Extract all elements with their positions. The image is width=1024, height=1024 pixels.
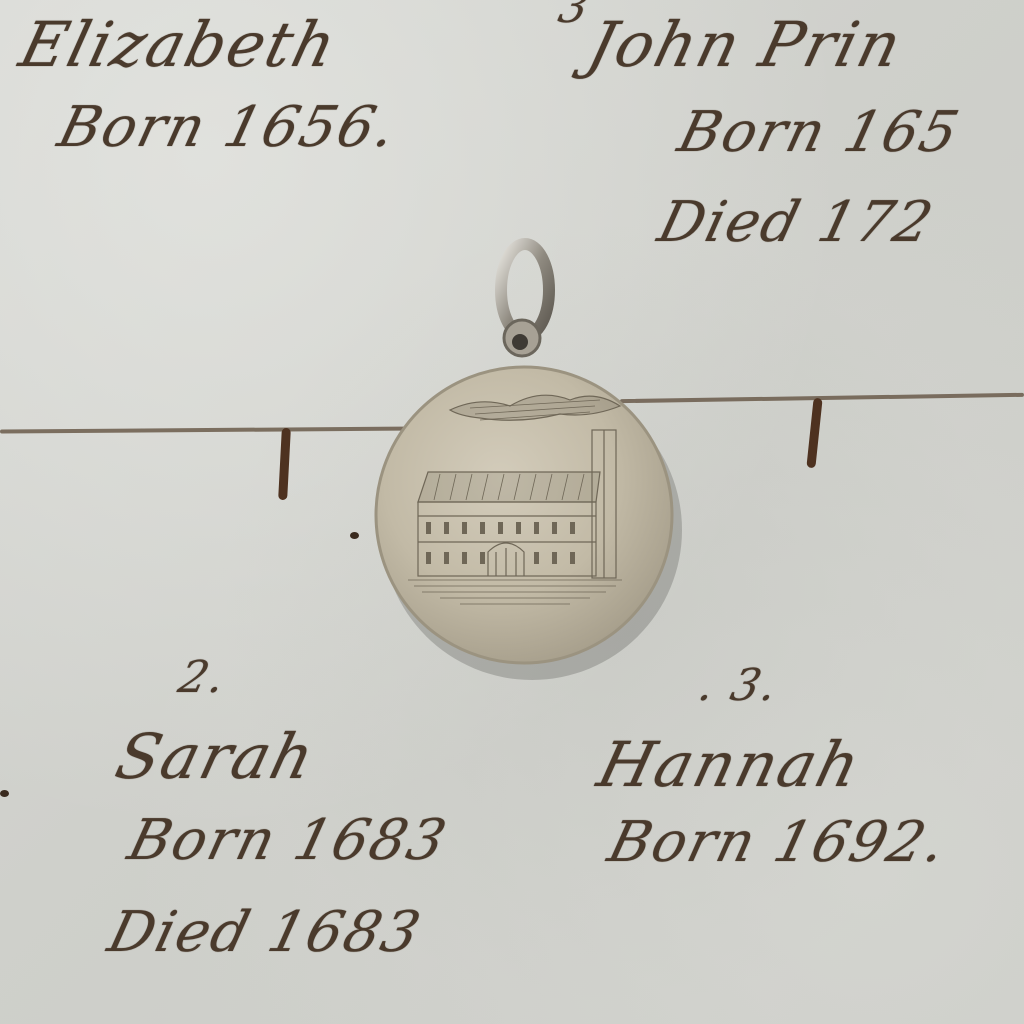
entry-born-elizabeth: Born 1656.: [52, 95, 404, 160]
entry-name-elizabeth: Elizabeth: [13, 8, 345, 81]
silver-pendant: [360, 230, 690, 680]
entry-name-hannah: Hannah: [591, 728, 869, 801]
entry-died-john: Died 172: [652, 190, 941, 255]
ink-dot-edge: [0, 790, 9, 797]
entry-name-sarah: Sarah: [109, 720, 323, 793]
entry-born-sarah: Born 1683: [122, 808, 454, 873]
entry-born-hannah: Born 1692.: [602, 810, 954, 875]
ink-dot: [350, 532, 359, 539]
entry-died-sarah: Died 1683: [102, 900, 428, 965]
entry-name-john: John Prin: [581, 8, 910, 81]
entry-born-john: Born 165: [672, 100, 967, 165]
entry-number-hannah: . 3.: [694, 660, 785, 711]
